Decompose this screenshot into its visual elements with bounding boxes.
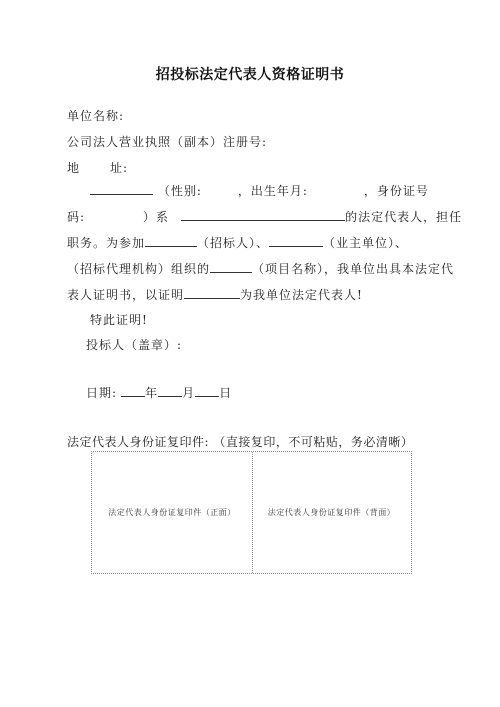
owner-blank[interactable] (269, 235, 323, 247)
relation-label: ）系 (143, 210, 169, 224)
day-blank[interactable] (195, 385, 219, 397)
id-number-label: ，身份证号 (364, 184, 429, 198)
document-title: 招投标法定代表人资格证明书 (0, 64, 500, 84)
day-label: 日 (219, 386, 232, 400)
role-label: 的法定代表人，担任 (345, 210, 462, 224)
address-field: 地址: (67, 160, 128, 176)
date-field: 日期:年月日 (86, 385, 232, 401)
birth-label: ，出生年月: (238, 184, 308, 198)
id-copy-label: 法定代表人身份证复印件: （直接复印，不可粘贴，务必清晰） (67, 434, 413, 450)
tenderer-blank[interactable] (145, 235, 197, 247)
address-label-part2: 址: (110, 161, 128, 175)
agency-label: （招标代理机构）组织的 (67, 262, 210, 276)
month-blank[interactable] (158, 385, 182, 397)
tenderer-label: （招标人）、 (197, 236, 269, 250)
body-line-5: 表人证明书，以证明为我单位法定代表人! (67, 287, 363, 303)
certify-start-label: 表人证明书，以证明 (67, 288, 184, 302)
unit-name-field: 单位名称: (67, 108, 124, 124)
license-number-label: 公司法人营业执照（副本）注册号: (67, 135, 267, 149)
id-front-area[interactable]: 法定代表人身份证复印件（正面） (92, 452, 253, 573)
body-line-3: 职务。为参加（招标人）、（业主单位）、 (67, 235, 408, 251)
id-back-label: 法定代表人身份证复印件（背面） (268, 507, 396, 518)
certify-end-label: 为我单位法定代表人! (240, 288, 363, 302)
duty-label: 职务。为参加 (67, 236, 145, 250)
date-label: 日期: (86, 386, 117, 400)
representative-blank[interactable] (184, 287, 240, 299)
document-page: 招投标法定代表人资格证明书 单位名称: 公司法人营业执照（副本）注册号: 地址:… (0, 0, 500, 707)
month-label: 月 (182, 386, 195, 400)
id-copy-box: 法定代表人身份证复印件（正面） 法定代表人身份证复印件（背面） (91, 451, 412, 574)
bidder-seal-label: 投标人（盖章）: (86, 337, 182, 353)
project-label: （项目名称），我单位出具本法定代 (252, 262, 454, 276)
name-blank[interactable] (90, 183, 153, 195)
unit-name-label: 单位名称: (67, 109, 124, 123)
body-line-2: 码:）系的法定代表人，担任 (67, 209, 462, 225)
body-line-1: （性别:，出生年月:，身份证号 (90, 183, 429, 199)
company-blank[interactable] (181, 209, 345, 221)
project-blank[interactable] (210, 261, 252, 273)
id-back-area[interactable]: 法定代表人身份证复印件（背面） (252, 452, 411, 573)
year-label: 年 (145, 386, 158, 400)
code-label: 码: (67, 210, 85, 224)
license-number-field: 公司法人营业执照（副本）注册号: (67, 134, 267, 150)
owner-label: （业主单位）、 (323, 236, 408, 250)
gender-label: （性别: (158, 184, 202, 198)
id-front-label: 法定代表人身份证复印件（正面） (108, 507, 236, 518)
certify-statement: 特此证明! (90, 312, 148, 328)
address-label-part1: 地 (67, 161, 80, 175)
body-line-4: （招标代理机构）组织的（项目名称），我单位出具本法定代 (67, 261, 454, 277)
year-blank[interactable] (121, 385, 145, 397)
